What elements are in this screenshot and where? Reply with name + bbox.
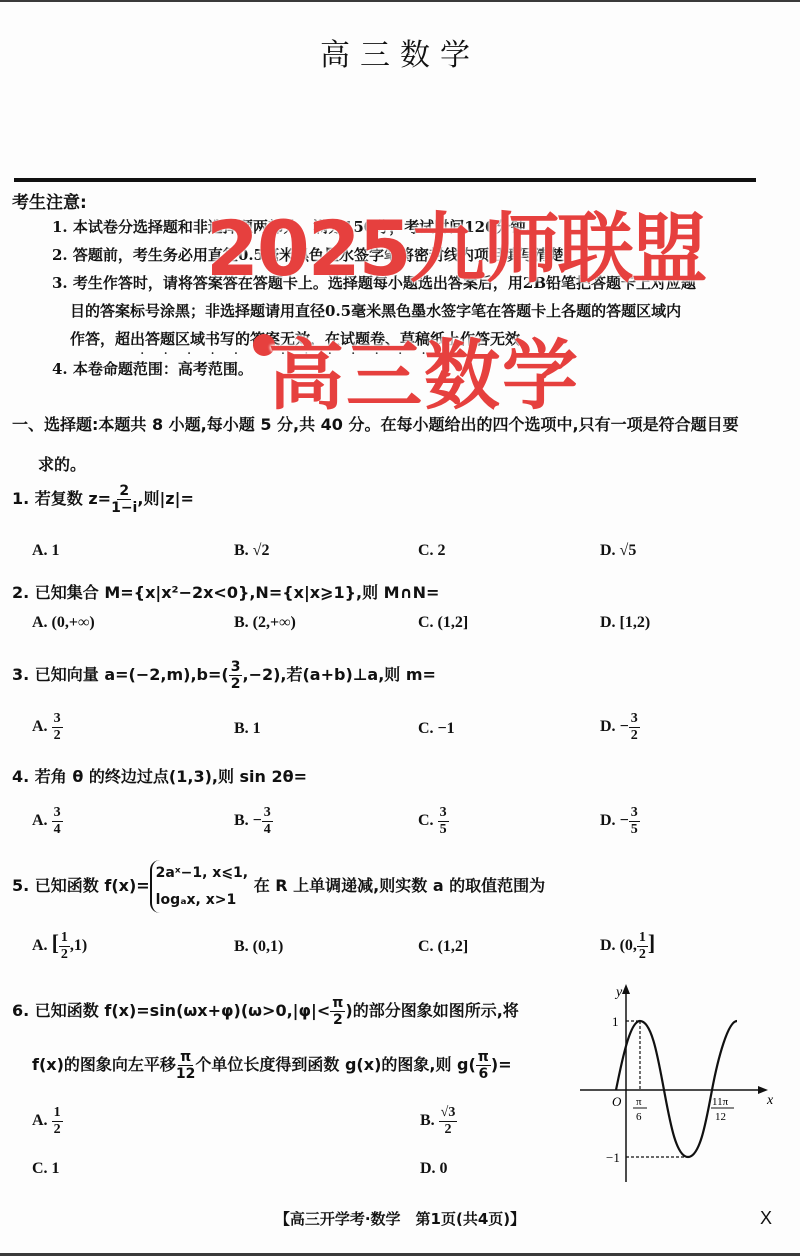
q1-stem-pre: 1. 若复数 z= <box>12 489 111 508</box>
q5-d-rest: ] <box>648 930 655 955</box>
q2-option-c: C. (1,2] <box>418 614 468 632</box>
q3-d-num: 3 <box>629 712 640 728</box>
q6-line1-frac-den: 2 <box>333 1012 343 1027</box>
notice-item-4: 4. 本卷命题范围：高考范围。 <box>52 358 253 379</box>
question-1-stem: 1. 若复数 z=21−i,则|z|= <box>12 484 194 515</box>
y-axis-label: y <box>614 985 623 1000</box>
watermark-line2: 高三数学 <box>268 315 580 424</box>
q4-option-c: C. 35 <box>418 806 449 837</box>
q5-case-1: 2aˣ−1, x⩽1, <box>156 860 248 887</box>
q6-b-frac: √32 <box>439 1106 458 1137</box>
q6-option-a: A. 12 <box>32 1106 63 1137</box>
q6-line2-post: )= <box>491 1055 512 1074</box>
q4-b-label: B. <box>234 812 249 829</box>
y-min-label: −1 <box>606 1150 620 1165</box>
q2-option-d: D. [1,2) <box>600 614 650 632</box>
q2-option-b: B. (2,+∞) <box>234 614 296 632</box>
q3-option-b: B. 1 <box>234 720 261 738</box>
q3-option-a: A. 32 <box>32 712 63 743</box>
q3-d-den: 2 <box>631 728 638 743</box>
q5-a-open: [ <box>52 930 59 955</box>
tick-pi6-den: 6 <box>636 1111 642 1123</box>
q3-option-d: D. −32 <box>600 712 640 743</box>
q3-d-frac: 32 <box>629 712 640 743</box>
q4-b-sign: − <box>253 812 262 829</box>
q4-c-label: C. <box>418 812 434 829</box>
q3-fraction: 32 <box>229 660 243 691</box>
q3-d-sign: − <box>620 718 629 735</box>
y-axis-arrow-icon <box>622 984 630 994</box>
q3-option-c: C. −1 <box>418 720 455 738</box>
question-6-stem-line1: 6. 已知函数 f(x)=sin(ωx+φ)(ω>0,|φ|<π2)的部分图象如… <box>12 996 519 1027</box>
q5-a-frac: 12 <box>59 931 70 962</box>
q6-line2-frac2: π6 <box>476 1050 491 1081</box>
q5-stem-post: 在 R 上单调递减,则实数 a 的取值范围为 <box>254 876 545 895</box>
q4-d-num: 3 <box>629 806 640 822</box>
sine-curve <box>616 1021 737 1157</box>
q4-a-num: 3 <box>52 806 63 822</box>
q4-b-den: 4 <box>264 822 271 837</box>
tick-11pi12-den: 12 <box>715 1111 726 1123</box>
q6-b-label: B. <box>420 1112 435 1129</box>
q6-line2-frac2-num: π <box>476 1050 491 1066</box>
q6-line2-frac-den: 12 <box>176 1066 195 1081</box>
q6-option-b: B. √32 <box>420 1106 457 1137</box>
q1-option-b: B. √2 <box>234 542 269 560</box>
q6-a-frac: 12 <box>52 1106 63 1137</box>
q4-option-a: A. 34 <box>32 806 63 837</box>
q5-d-den: 2 <box>639 947 646 962</box>
q5-a-label: A. <box>32 937 48 954</box>
tick-11pi12-num: 11π <box>712 1096 729 1108</box>
q5-d-open: (0, <box>620 937 637 954</box>
q1-frac-den: 1−i <box>111 500 137 515</box>
corner-mark: X <box>760 1208 772 1229</box>
x-axis-label: x <box>766 1093 774 1108</box>
q5-d-frac: 12 <box>637 931 648 962</box>
q6-line2-frac-num: π <box>178 1050 193 1066</box>
q3-a-num: 3 <box>52 712 63 728</box>
section-instructions-cont: 求的。 <box>38 452 86 475</box>
q1-option-d: D. √5 <box>600 542 636 560</box>
sine-graph: y x O 1 −1 π 6 11π 12 <box>570 975 800 1185</box>
q4-a-label: A. <box>32 812 48 829</box>
q6-line2-frac: π12 <box>176 1050 195 1081</box>
q6-b-num: √3 <box>439 1106 458 1122</box>
q1-frac-num: 2 <box>117 484 131 500</box>
q4-a-den: 4 <box>54 822 61 837</box>
q5-a-num: 1 <box>59 931 70 947</box>
q3-frac-den: 2 <box>231 676 241 691</box>
q6-b-den: 2 <box>445 1122 452 1137</box>
q5-option-a: A. [12,1) <box>32 930 87 962</box>
y-max-label: 1 <box>612 1014 619 1029</box>
q4-c-den: 5 <box>440 822 447 837</box>
notice-heading: 考生注意: <box>12 188 87 213</box>
page-title: 高三数学 <box>0 30 800 74</box>
q6-line1-frac-num: π <box>330 996 345 1012</box>
page-footer: 【高三开学考·数学 第1页(共4页)】 <box>0 1208 800 1229</box>
q6-a-label: A. <box>32 1112 48 1129</box>
q4-b-frac: 34 <box>262 806 273 837</box>
q4-d-sign: − <box>620 812 629 829</box>
origin-label: O <box>612 1094 622 1109</box>
q6-line1-frac: π2 <box>330 996 345 1027</box>
q5-d-label: D. <box>600 937 616 954</box>
q1-fraction: 21−i <box>111 484 137 515</box>
q4-c-num: 3 <box>438 806 449 822</box>
q4-option-d: D. −35 <box>600 806 640 837</box>
q4-c-frac: 35 <box>438 806 449 837</box>
q6-option-c: C. 1 <box>32 1160 60 1178</box>
q1-option-a: A. 1 <box>32 542 60 560</box>
q6-a-num: 1 <box>52 1106 63 1122</box>
question-6-stem-line2: f(x)的图象向左平移π12个单位长度得到函数 g(x)的图象,则 g(π6)= <box>32 1050 512 1081</box>
q5-d-num: 1 <box>637 931 648 947</box>
q6-line1-post: )的部分图象如图所示,将 <box>345 1001 518 1020</box>
q5-a-den: 2 <box>61 947 68 962</box>
q6-line2-pre: f(x)的图象向左平移 <box>32 1055 176 1074</box>
question-5-stem: 5. 已知函数 f(x)=2aˣ−1, x⩽1,logₐx, x>1 在 R 上… <box>12 860 545 913</box>
question-3-stem: 3. 已知向量 a=(−2,m),b=(32,−2),若(a+b)⊥a,则 m= <box>12 660 436 691</box>
q3-frac-num: 3 <box>229 660 243 676</box>
q5-option-d: D. (0,12] <box>600 930 655 962</box>
q5-stem-pre: 5. 已知函数 f(x)= <box>12 876 150 895</box>
q5-case-2: logₐx, x>1 <box>156 887 248 914</box>
q4-d-label: D. <box>600 812 616 829</box>
q3-stem-pre: 3. 已知向量 a=(−2,m),b=( <box>12 665 229 684</box>
q3-a-frac: 32 <box>52 712 63 743</box>
q6-line2-mid: 个单位长度得到函数 g(x)的图象,则 g( <box>195 1055 475 1074</box>
q4-b-num: 3 <box>262 806 273 822</box>
q3-a-den: 2 <box>54 728 61 743</box>
q5-option-b: B. (0,1) <box>234 938 283 956</box>
watermark-line1: 2025九师联盟 <box>206 188 706 297</box>
q3-stem-post: ,−2),若(a+b)⊥a,则 m= <box>242 665 435 684</box>
section-instructions: 一、选择题:本题共 8 小题,每小题 5 分,共 40 分。在每小题给出的四个选… <box>12 412 739 435</box>
q5-piecewise: 2aˣ−1, x⩽1,logₐx, x>1 <box>150 860 248 913</box>
q1-option-c: C. 2 <box>418 542 446 560</box>
q5-option-c: C. (1,2] <box>418 938 468 956</box>
q4-a-frac: 34 <box>52 806 63 837</box>
q2-option-a: A. (0,+∞) <box>32 614 95 632</box>
q4-d-den: 5 <box>631 822 638 837</box>
question-4-stem: 4. 若角 θ 的终边过点(1,3),则 sin 2θ= <box>12 764 307 787</box>
header-rule <box>14 178 756 182</box>
q6-line1-pre: 6. 已知函数 f(x)=sin(ωx+φ)(ω>0,|φ|< <box>12 1001 330 1020</box>
tick-pi6-num: π <box>636 1096 642 1108</box>
question-2-stem: 2. 已知集合 M={x|x²−2x<0},N={x|x⩾1},则 M∩N= <box>12 580 439 603</box>
q4-option-b: B. −34 <box>234 806 273 837</box>
q3-d-label: D. <box>600 718 616 735</box>
q6-option-d: D. 0 <box>420 1160 448 1178</box>
top-border <box>0 0 800 2</box>
q6-a-den: 2 <box>54 1122 61 1137</box>
q6-line2-frac2-den: 6 <box>478 1066 488 1081</box>
q5-a-rest: ,1) <box>70 937 87 954</box>
q3-a-label: A. <box>32 718 48 735</box>
q1-stem-post: ,则|z|= <box>137 489 194 508</box>
q4-d-frac: 35 <box>629 806 640 837</box>
